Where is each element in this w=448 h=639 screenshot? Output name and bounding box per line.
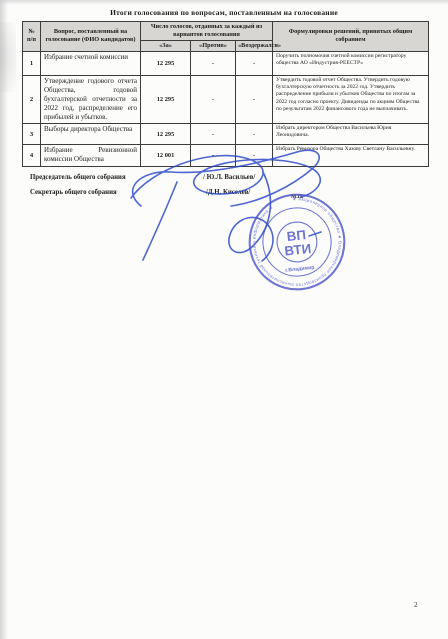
table-row: 2 Утверждение годового отчета Общества, … [23, 75, 429, 123]
row-votes-against: - [191, 75, 236, 123]
stamp-center-line2: ВТИ [284, 241, 312, 259]
page-title: Итоги голосования по вопросам, поставлен… [0, 8, 448, 17]
table-row: 1 Избрание счетной комиссии 12 295 - - П… [23, 51, 429, 75]
row-resolution: Поручить полномочия счетной комиссии рег… [273, 51, 429, 75]
scan-edge-top [0, 0, 448, 5]
stamp-city: г.Владимир [285, 265, 315, 274]
row-votes-for: 12 295 [141, 75, 191, 123]
page-number: 2 [414, 601, 418, 609]
col-header-for: «За» [141, 40, 191, 51]
row-votes-abstained: - [236, 51, 273, 75]
company-stamp: ★ Акционерное общество ★ Владимирское пр… [236, 183, 358, 300]
row-num: 2 [23, 75, 41, 123]
scan-artifact [0, 22, 16, 92]
chairman-label: Председатель общего собрания [30, 174, 126, 181]
row-resolution: Утвердить годовой отчет Общества. Утверд… [273, 75, 429, 123]
row-votes-abstained: - [236, 75, 273, 123]
secretary-label: Секретарь общего собрания [30, 189, 117, 196]
col-header-against: «Против» [191, 40, 236, 51]
col-header-num: № п/п [23, 22, 41, 52]
row-num: 1 [23, 51, 41, 75]
row-votes-against: - [191, 51, 236, 75]
row-votes-for: 12 295 [141, 51, 191, 75]
row-question: Избрание счетной комиссии [41, 51, 141, 75]
col-header-abstain: «Воздержался» [236, 40, 273, 51]
scan-edge-left [0, 0, 8, 639]
signature-stroke [143, 182, 177, 260]
row-num: 4 [23, 145, 41, 167]
col-header-votes-group: Число голосов, отданных за каждый из вар… [141, 22, 273, 41]
table-header-row: № п/п Вопрос, поставленный на голосовани… [23, 22, 429, 41]
col-header-question: Вопрос, поставленный на голосование (ФИО… [41, 22, 141, 52]
col-header-resolution: Формулировки решений, принятых общим соб… [273, 22, 429, 52]
row-num: 3 [23, 124, 41, 145]
row-question: Утверждение годового отчета Общества, го… [41, 75, 141, 123]
